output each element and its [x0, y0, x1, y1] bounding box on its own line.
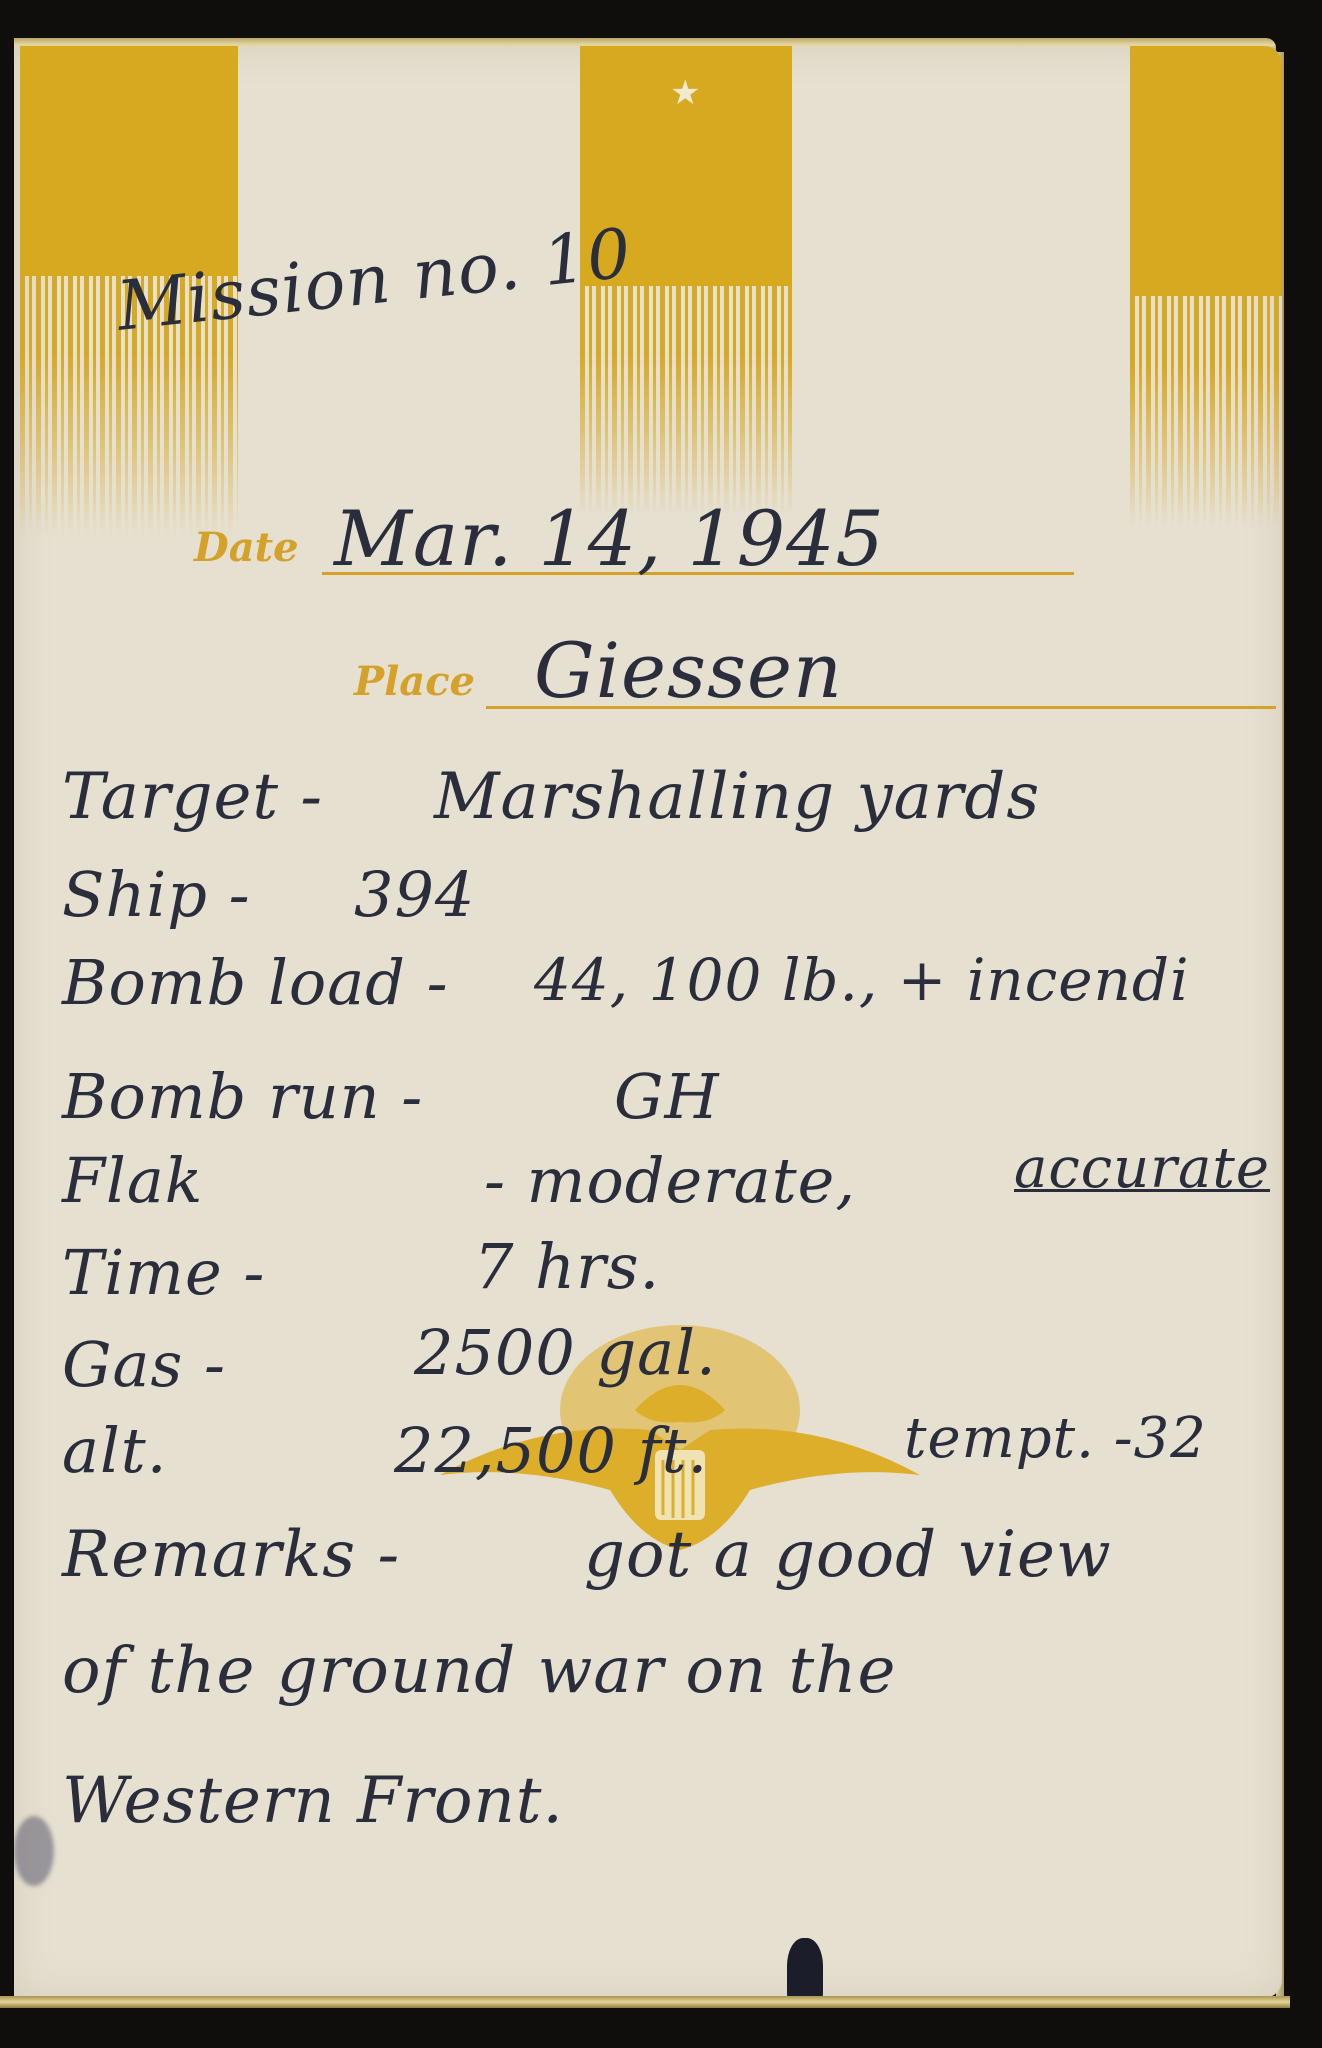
- place-value: Giessen: [534, 626, 843, 715]
- gilt-bottom-edge: [0, 1996, 1290, 2008]
- date-value: Mar. 14, 1945: [334, 494, 885, 583]
- entry-label: Bomb run -: [62, 1060, 423, 1133]
- entry-value: 394: [354, 858, 475, 931]
- ink-smudge: [14, 1816, 54, 1886]
- entry-label: Time -: [62, 1236, 265, 1309]
- remarks-line: Western Front.: [62, 1764, 564, 1838]
- diary-page: ★ Mission no. 10 Date Mar. 14, 1945 Plac…: [14, 46, 1282, 1998]
- entry-emphasis: accurate: [1014, 1136, 1270, 1201]
- entry-value: Marshalling yards: [434, 760, 1040, 834]
- star-icon: ★: [670, 76, 700, 110]
- entry-value: GH: [614, 1060, 720, 1133]
- entry-label: Gas -: [62, 1328, 226, 1401]
- entry-label: Target -: [62, 760, 323, 834]
- remarks-line: of the ground war on the: [62, 1634, 896, 1708]
- place-label: Place: [354, 658, 475, 705]
- remarks-line: got a good view: [584, 1518, 1112, 1592]
- gold-stripe-right-fringe: [1130, 296, 1282, 526]
- entry-label: Ship -: [62, 858, 251, 931]
- gold-stripe-left: [20, 46, 238, 276]
- entry-extra: tempt. -32: [904, 1406, 1207, 1471]
- entry-value: 2500 gal.: [414, 1316, 717, 1389]
- entry-value: - moderate,: [484, 1144, 856, 1217]
- date-label: Date: [194, 524, 299, 571]
- gold-stripe-center-fringe: [580, 286, 792, 516]
- entry-value: 44, 100 lb., + incendi: [534, 946, 1190, 1014]
- entry-value: 22,500 ft.: [394, 1414, 708, 1487]
- entry-label: Bomb load -: [62, 946, 449, 1019]
- gold-stripe-right: [1130, 46, 1282, 296]
- remarks-label: Remarks -: [62, 1518, 400, 1592]
- ink-blot: [787, 1938, 823, 1998]
- entry-value: 7 hrs.: [474, 1230, 660, 1303]
- entry-label: alt.: [62, 1414, 167, 1487]
- entry-label: Flak: [62, 1144, 203, 1217]
